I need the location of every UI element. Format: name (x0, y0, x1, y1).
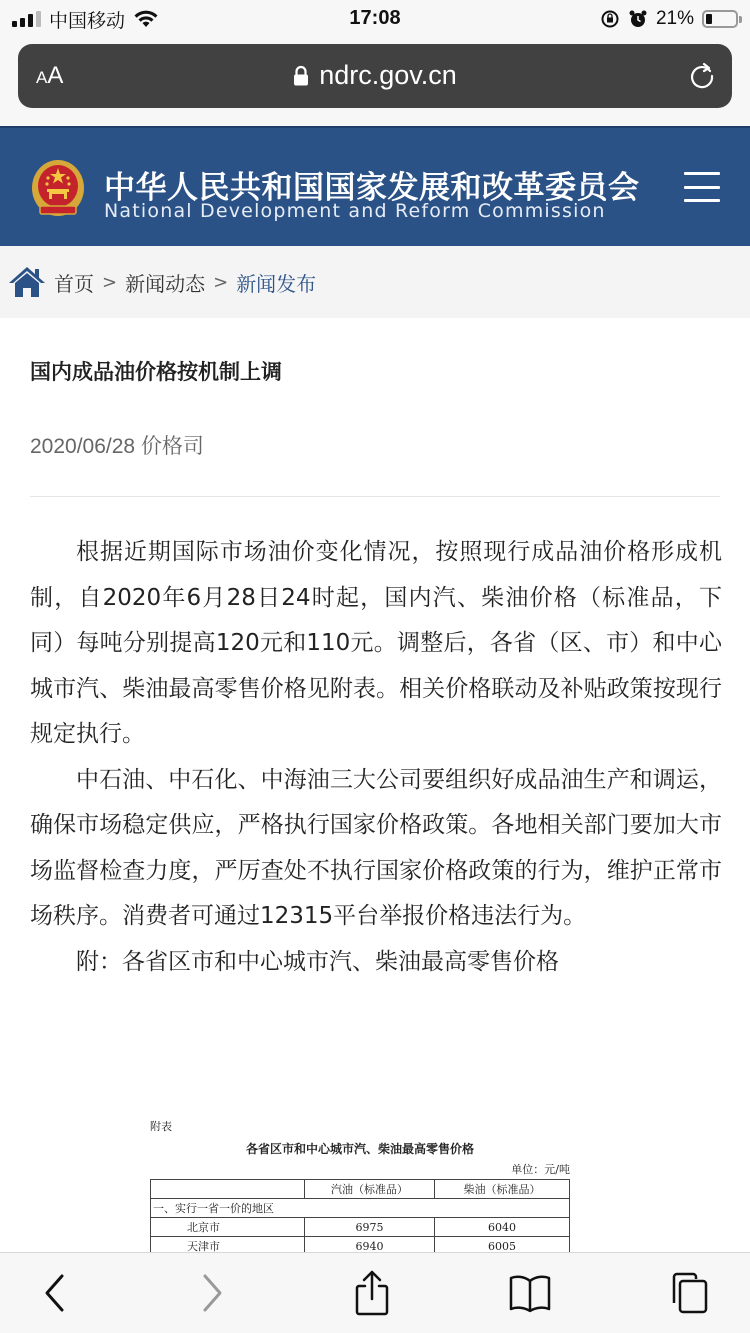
status-right: 21% (600, 6, 738, 32)
site-header: 中华人民共和国国家发展和改革委员会 National Development a… (0, 126, 750, 246)
status-bar: 中国移动 17:08 21% (0, 0, 750, 40)
chevron-left-icon (42, 1273, 68, 1313)
attachment-unit: 单位：元/吨 (150, 1161, 570, 1177)
table-header-row: 汽油（标准品） 柴油（标准品） (151, 1180, 570, 1199)
divider (30, 496, 720, 497)
battery-icon (702, 10, 738, 28)
site-title-en: National Development and Reform Commissi… (104, 200, 606, 222)
address-bar[interactable]: AA ndrc.gov.cn (18, 44, 732, 108)
breadcrumb-separator: > (102, 272, 117, 293)
breadcrumb-news-release[interactable]: 新闻发布 (236, 268, 316, 297)
article-attachment-link: 附：各省区市和中心城市汽、柴油最高零售价格 (30, 940, 722, 986)
lock-icon (293, 65, 309, 87)
reload-icon[interactable] (686, 59, 718, 91)
table-row: 北京市 6975 6040 (151, 1218, 570, 1237)
browser-toolbar (0, 1252, 750, 1333)
forward-button[interactable] (190, 1271, 234, 1315)
table-section-row: 一、实行一省一价的地区 (151, 1199, 570, 1218)
table-header-cell: 柴油（标准品） (435, 1180, 570, 1199)
table-header-cell (151, 1180, 305, 1199)
tabs-icon (666, 1271, 710, 1315)
home-icon[interactable] (8, 265, 46, 299)
article-body: 根据近期国际市场油价变化情况，按照现行成品油价格形成机制，自2020年6月28日… (30, 530, 722, 985)
article-paragraph: 中石油、中石化、中海油三大公司要组织好成品油生产和调运，确保市场稳定供应，严格执… (30, 758, 722, 940)
breadcrumb-home[interactable]: 首页 (54, 268, 94, 297)
url-text: ndrc.gov.cn (319, 60, 457, 91)
attachment-label: 附表 (150, 1118, 570, 1134)
gasoline-cell: 6975 (305, 1218, 435, 1237)
bookmarks-button[interactable] (508, 1271, 552, 1315)
browser-address-area: AA ndrc.gov.cn (0, 40, 750, 126)
article-title: 国内成品油价格按机制上调 (30, 356, 282, 386)
safari-page: 中国移动 17:08 21% (0, 0, 750, 1333)
tabs-button[interactable] (666, 1271, 710, 1315)
breadcrumb-news[interactable]: 新闻动态 (125, 268, 205, 297)
orientation-lock-icon (600, 9, 620, 29)
battery-percent: 21% (656, 8, 694, 30)
back-button[interactable] (33, 1271, 77, 1315)
attachment-title: 各省区市和中心城市汽、柴油最高零售价格 (150, 1140, 570, 1157)
article-meta: 2020/06/28 价格司 (30, 430, 204, 460)
table-header-cell: 汽油（标准品） (305, 1180, 435, 1199)
region-cell: 北京市 (151, 1218, 305, 1237)
breadcrumb-separator: > (213, 272, 228, 293)
chevron-right-icon (199, 1273, 225, 1313)
breadcrumb: 首页 > 新闻动态 > 新闻发布 (0, 246, 750, 318)
hamburger-menu-icon[interactable] (684, 172, 720, 202)
diesel-cell: 6040 (435, 1218, 570, 1237)
share-icon (352, 1269, 392, 1317)
table-section-cell: 一、实行一省一价的地区 (151, 1199, 570, 1218)
article-paragraph: 根据近期国际市场油价变化情况，按照现行成品油价格形成机制，自2020年6月28日… (30, 530, 722, 758)
url-display[interactable]: ndrc.gov.cn (18, 60, 732, 91)
national-emblem-logo[interactable] (30, 158, 86, 220)
share-button[interactable] (350, 1271, 394, 1315)
book-icon (508, 1273, 552, 1313)
alarm-icon (628, 9, 648, 29)
